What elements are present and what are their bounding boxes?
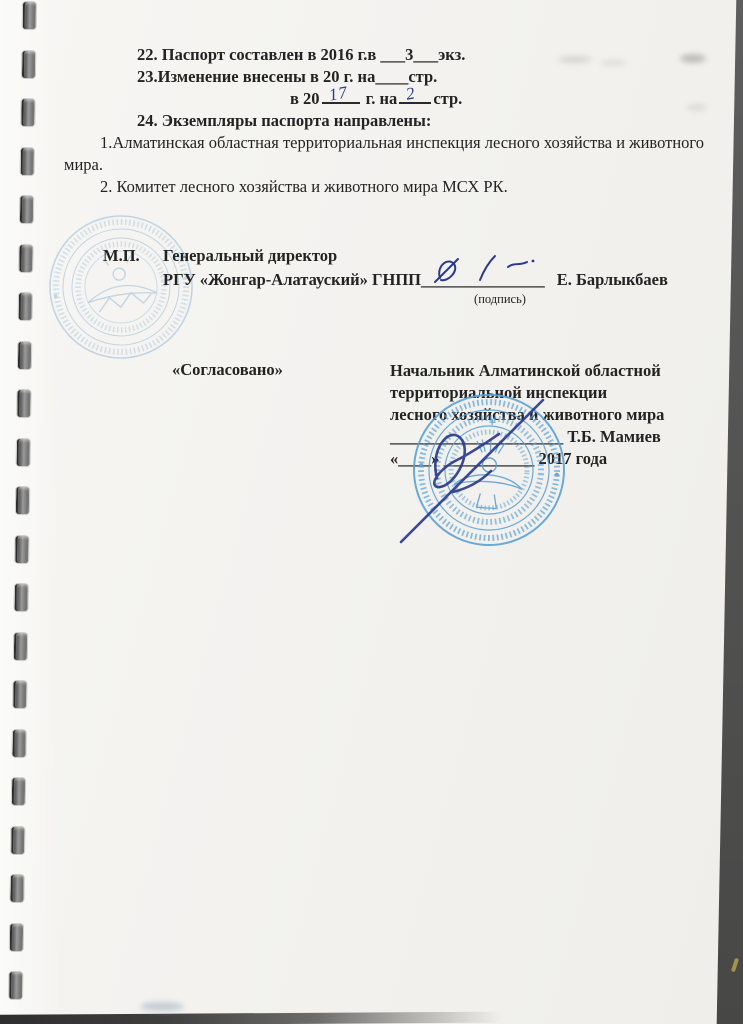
binding-hole <box>10 923 23 950</box>
director-signature-ink-icon <box>428 252 538 290</box>
director-org: РГУ «Жонгар-Алатауский» ГНПП <box>163 270 421 289</box>
director-name: Е. Барлыкбаев <box>557 270 668 289</box>
binding-hole <box>22 50 35 77</box>
approval-name: Т.Б. Мамиев <box>567 427 660 446</box>
smudge <box>140 1002 184 1011</box>
line-23b-suffix: стр. <box>433 89 462 108</box>
approval-title-line1: Начальник Алматинской областной <box>390 360 706 382</box>
document-page: 22. Паспорт составлен в 2016 г.в ___3___… <box>0 0 743 1024</box>
binding-hole <box>12 778 25 805</box>
smudge <box>600 60 626 66</box>
line-23: 23.Изменение внесены в 20 г. на____стр. <box>64 66 704 88</box>
year-blank: 17 <box>322 102 360 104</box>
binding-hole <box>19 244 32 271</box>
binding-hole <box>11 826 24 853</box>
binding-hole <box>23 2 36 29</box>
smudge <box>558 56 592 63</box>
line-24: 24. Экземпляры паспорта направлены: <box>64 110 704 132</box>
binding-hole <box>19 293 32 320</box>
doc-body: 22. Паспорт составлен в 2016 г.в ___3___… <box>64 44 704 198</box>
binding-hole <box>17 390 30 417</box>
binding-hole <box>17 438 30 465</box>
scan-edge-right <box>715 0 743 1024</box>
binding-hole <box>13 681 26 708</box>
binding-hole <box>21 99 34 126</box>
director-org-line: РГУ «Жонгар-Алатауский» ГНПП____________… <box>163 270 668 290</box>
smudge <box>680 54 706 63</box>
line-23b: в 2017 г. на2стр. <box>64 88 704 110</box>
binding-hole <box>15 535 28 562</box>
mp-label: М.П. <box>103 246 140 266</box>
binding-hole <box>14 584 27 611</box>
handwritten-year: 17 <box>327 82 350 107</box>
binding-hole <box>9 972 22 999</box>
pages-blank: 2 <box>399 102 431 104</box>
item-1: 1.Алматинская областная территориальная … <box>64 132 704 176</box>
line-23b-prefix: в 20 <box>290 89 320 108</box>
scan-edge-bottom <box>0 1011 570 1024</box>
approval-label: «Согласовано» <box>172 360 283 380</box>
line-23b-mid: г. на <box>366 89 398 108</box>
binding-hole <box>14 632 27 659</box>
binding-hole <box>21 147 34 174</box>
inspector-signature-ink-icon <box>385 390 565 565</box>
binding-hole <box>10 875 23 902</box>
binding-hole <box>16 487 29 514</box>
signature-caption: (подпись) <box>430 292 570 307</box>
binding-hole <box>20 196 33 223</box>
item-2: 2. Комитет лесного хозяйства и животного… <box>64 176 704 198</box>
smudge <box>686 104 708 111</box>
director-title: Генеральный директор <box>163 246 337 266</box>
binding-hole <box>12 729 25 756</box>
binding-hole <box>18 341 31 368</box>
